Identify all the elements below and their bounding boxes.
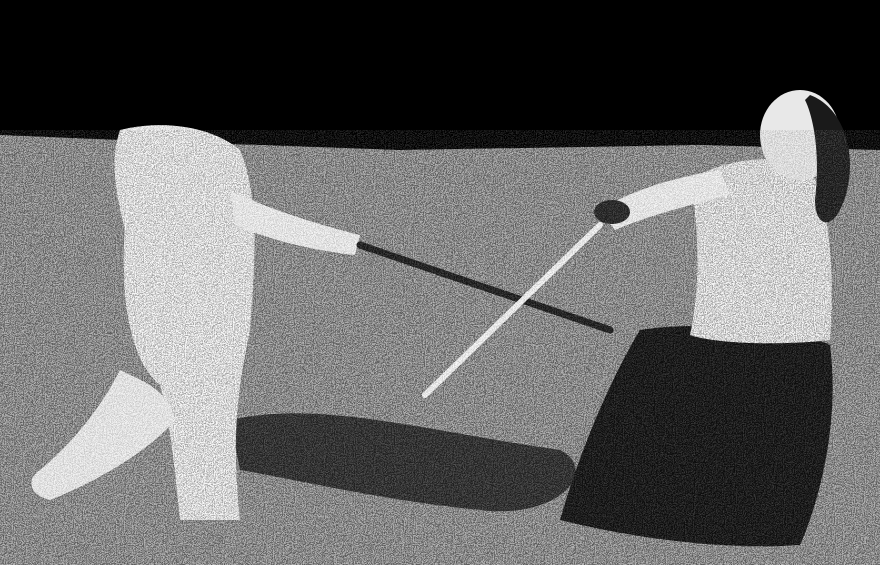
photo-scene: [0, 0, 880, 565]
photograph: [0, 0, 880, 565]
